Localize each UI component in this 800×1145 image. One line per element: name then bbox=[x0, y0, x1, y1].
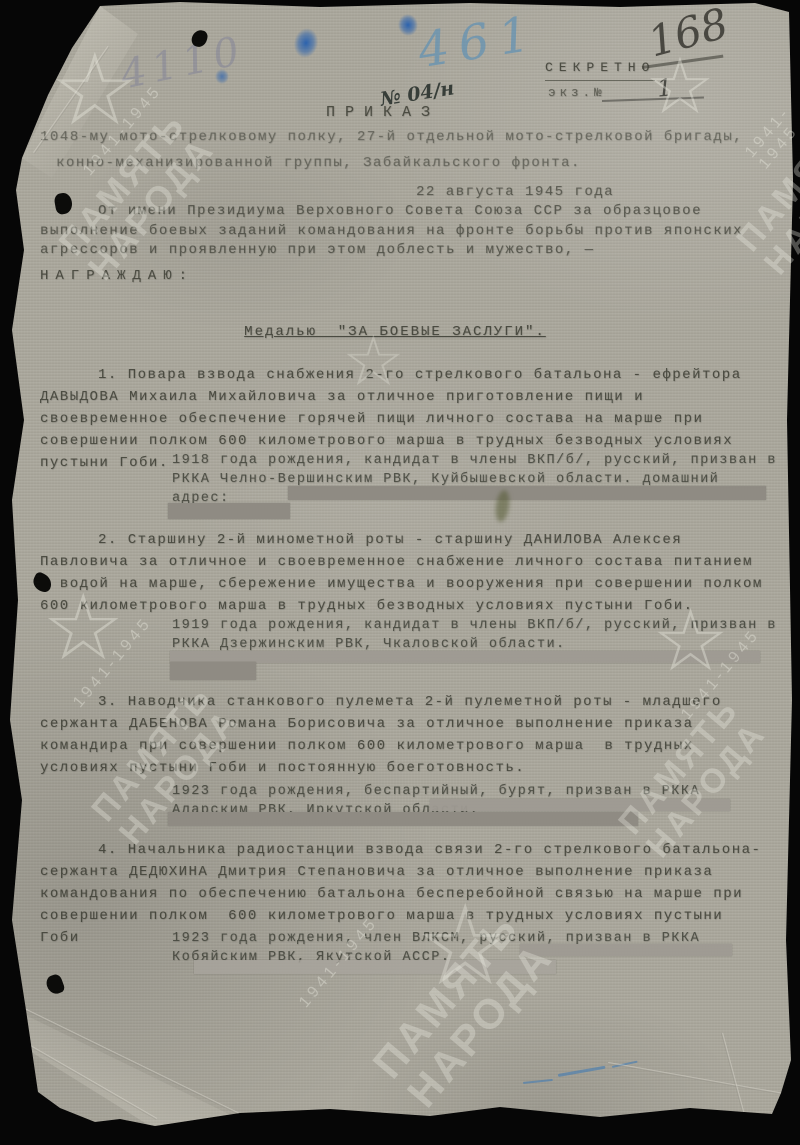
copy-number-underline bbox=[602, 96, 704, 102]
paper-hole bbox=[44, 973, 66, 996]
crease-line bbox=[721, 1033, 749, 1130]
redaction-bar bbox=[168, 503, 290, 519]
ink-blot bbox=[215, 69, 229, 84]
redaction-bar bbox=[288, 486, 766, 500]
award-item-2-details: 1919 года рождения, кандидат в члены ВКП… bbox=[172, 616, 777, 654]
redaction-bar bbox=[520, 944, 732, 956]
scanned-document-page: СЕКРЕТНО экз.№ ПРИКАЗ 1048-му мото-стрел… bbox=[0, 0, 800, 1145]
crease-line bbox=[25, 1042, 158, 1120]
copy-number-label: экз.№ bbox=[548, 82, 606, 104]
crease-line bbox=[12, 1002, 239, 1114]
ink-blot bbox=[291, 26, 321, 60]
classification-stamp: СЕКРЕТНО bbox=[545, 57, 655, 81]
page-number-pencil: 461 bbox=[414, 5, 543, 79]
pencil-scrawl: 4110 bbox=[117, 27, 250, 98]
preamble: От имени Президиума Верховного Совета Со… bbox=[40, 202, 755, 261]
award-item-2: 2. Старшину 2-й минометной роты - старши… bbox=[40, 529, 766, 617]
redaction-bar bbox=[194, 960, 556, 974]
medal-heading: Медалью "ЗА БОЕВЫЕ ЗАСЛУГИ". bbox=[150, 321, 640, 343]
corner-fold bbox=[0, 0, 200, 220]
redaction-bar bbox=[430, 799, 730, 811]
crease-line bbox=[608, 1062, 791, 1096]
paper-sheet: СЕКРЕТНО экз.№ ПРИКАЗ 1048-му мото-стрел… bbox=[0, 0, 800, 1145]
redaction-bar bbox=[170, 662, 256, 680]
blue-scribble bbox=[523, 1079, 553, 1084]
redaction-bar bbox=[170, 651, 760, 663]
award-verb: НАГРАЖДАЮ: bbox=[40, 265, 194, 287]
order-date: 22 августа 1945 года bbox=[416, 181, 614, 203]
blue-scribble bbox=[558, 1066, 606, 1077]
award-item-3: 3. Наводчика станкового пулемета 2-й пул… bbox=[40, 691, 766, 779]
addressee-line-1: 1048-му мото-стрелковому полку, 27-й отд… bbox=[40, 126, 785, 148]
redaction-bar bbox=[168, 812, 638, 826]
addressee-line-2: конно-механизированной группы, Забайкаль… bbox=[56, 152, 756, 174]
